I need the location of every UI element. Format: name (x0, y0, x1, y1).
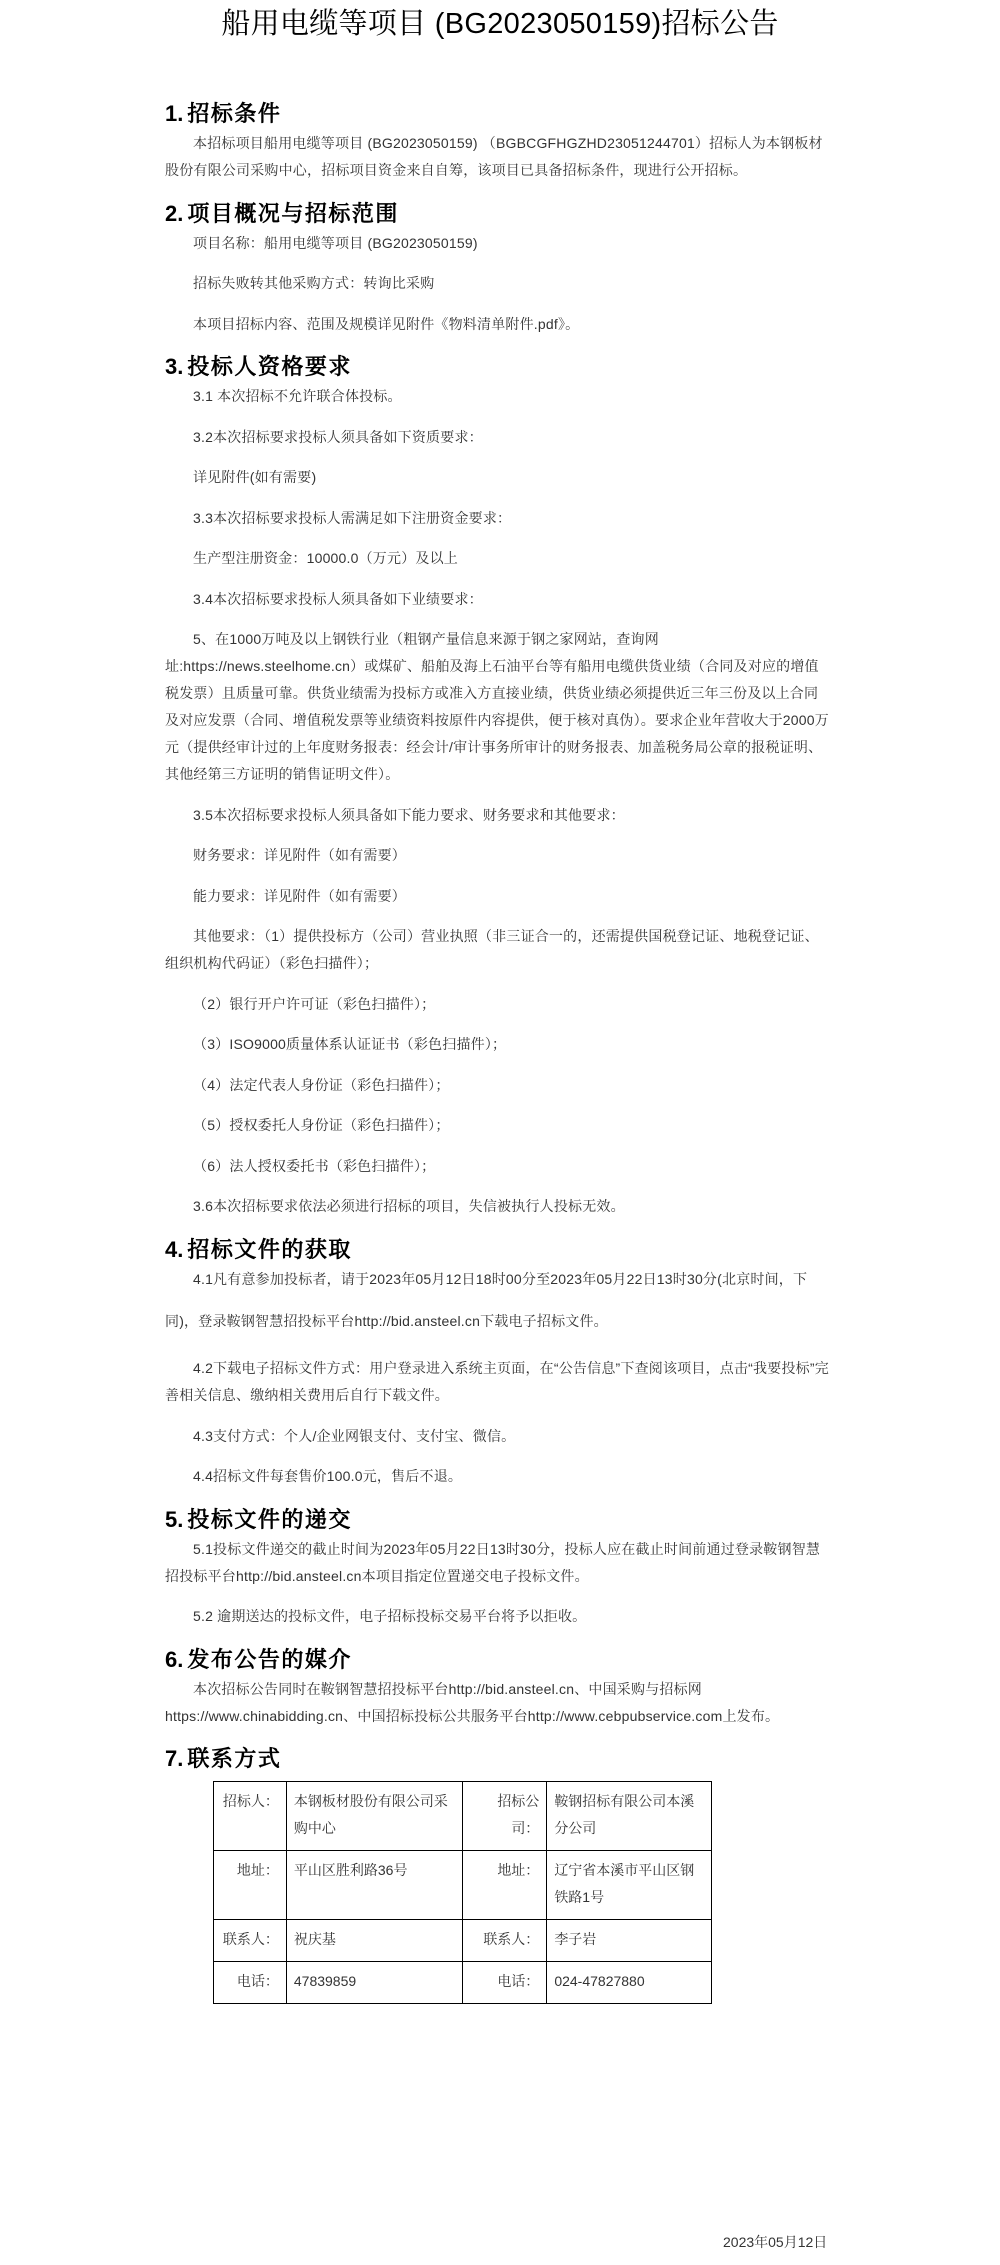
paragraph: 本次招标公告同时在鞍钢智慧招投标平台http://bid.ansteel.cn、… (165, 1676, 829, 1730)
section-obtain-documents: 4.招标文件的获取 4.1凡有意参加投标者，请于2023年05月12日18时00… (165, 1234, 829, 1491)
section-publication-media: 6.发布公告的媒介 本次招标公告同时在鞍钢智慧招投标平台http://bid.a… (165, 1644, 829, 1730)
paragraph: 3.1 本次招标不允许联合体投标。 (165, 383, 829, 410)
paragraph: 本招标项目船用电缆等项目 (BG2023050159) （BGBCGFHGZHD… (165, 130, 829, 184)
section-heading: 2.项目概况与招标范围 (165, 198, 829, 230)
contact-table: 招标人： 本钢板材股份有限公司采购中心 招标公司： 鞍钢招标有限公司本溪分公司 … (213, 1781, 712, 2004)
tenderer-address-value: 平山区胜利路36号 (286, 1851, 463, 1920)
section-bid-conditions: 1.招标条件 本招标项目船用电缆等项目 (BG2023050159) （BGBC… (165, 98, 829, 184)
paragraph: 4.4招标文件每套售价100.0元，售后不退。 (165, 1463, 829, 1490)
table-row: 电话： 47839859 电话： 024-47827880 (214, 1962, 712, 2004)
paragraph: （4）法定代表人身份证（彩色扫描件）； (165, 1072, 829, 1099)
agency-phone-value: 024-47827880 (547, 1962, 712, 2004)
paragraph: 项目名称：船用电缆等项目 (BG2023050159) (165, 230, 829, 257)
paragraph: 能力要求：详见附件（如有需要） (165, 883, 829, 910)
section-contact: 7.联系方式 招标人： 本钢板材股份有限公司采购中心 招标公司： 鞍钢招标有限公… (165, 1743, 829, 2004)
tenderer-value: 本钢板材股份有限公司采购中心 (286, 1782, 463, 1851)
paragraph: 财务要求：详见附件（如有需要） (165, 842, 829, 869)
tenderer-phone-value: 47839859 (286, 1962, 463, 2004)
paragraph: 4.1凡有意参加投标者，请于2023年05月12日18时00分至2023年05月… (165, 1258, 829, 1342)
paragraph: 5.2 逾期送达的投标文件，电子招标投标交易平台将予以拒收。 (165, 1603, 829, 1630)
paragraph: 4.3支付方式：个人/企业网银支付、支付宝、微信。 (165, 1423, 829, 1450)
agency-address-value: 辽宁省本溪市平山区钢铁路1号 (547, 1851, 712, 1920)
section-project-overview: 2.项目概况与招标范围 项目名称：船用电缆等项目 (BG2023050159) … (165, 198, 829, 338)
agency-contact-value: 李子岩 (547, 1920, 712, 1962)
paragraph: 3.2本次招标要求投标人须具备如下资质要求： (165, 424, 829, 451)
announcement-body: 1.招标条件 本招标项目船用电缆等项目 (BG2023050159) （BGBC… (165, 98, 829, 2010)
tenderer-label: 招标人： (214, 1782, 287, 1851)
agency-label: 招标公司： (463, 1782, 547, 1851)
tenderer-address-label: 地址： (214, 1851, 287, 1920)
section-heading: 6.发布公告的媒介 (165, 1644, 829, 1676)
paragraph: 本项目招标内容、范围及规模详见附件《物料清单附件.pdf》。 (165, 311, 829, 338)
agency-contact-label: 联系人： (463, 1920, 547, 1962)
section-bidder-qualifications: 3.投标人资格要求 3.1 本次招标不允许联合体投标。 3.2本次招标要求投标人… (165, 351, 829, 1220)
agency-phone-label: 电话： (463, 1962, 547, 2004)
page-title: 船用电缆等项目 (BG2023050159)招标公告 (0, 4, 1000, 44)
paragraph: 其他要求：（1）提供投标方（公司）营业执照（非三证合一的，还需提供国税登记证、地… (165, 923, 829, 977)
paragraph: 3.3本次招标要求投标人需满足如下注册资金要求： (165, 505, 829, 532)
paragraph: （6）法人授权委托书（彩色扫描件）； (165, 1153, 829, 1180)
paragraph: 详见附件(如有需要) (165, 464, 829, 491)
paragraph: 5、在1000万吨及以上钢铁行业（粗钢产量信息来源于钢之家网站，查询网址:htt… (165, 626, 829, 788)
publish-date: 2023年05月12日 (723, 2229, 827, 2256)
table-row: 地址： 平山区胜利路36号 地址： 辽宁省本溪市平山区钢铁路1号 (214, 1851, 712, 1920)
paragraph: 3.5本次招标要求投标人须具备如下能力要求、财务要求和其他要求： (165, 802, 829, 829)
agency-value: 鞍钢招标有限公司本溪分公司 (547, 1782, 712, 1851)
paragraph: （5）授权委托人身份证（彩色扫描件）； (165, 1112, 829, 1139)
paragraph: 4.2下载电子招标文件方式：用户登录进入系统主页面，在“公告信息”下查阅该项目，… (165, 1355, 829, 1409)
table-row: 联系人： 祝庆基 联系人： 李子岩 (214, 1920, 712, 1962)
section-heading: 3.投标人资格要求 (165, 351, 829, 383)
tenderer-contact-label: 联系人： (214, 1920, 287, 1962)
paragraph: （2）银行开户许可证（彩色扫描件）； (165, 991, 829, 1018)
paragraph: 5.1投标文件递交的截止时间为2023年05月22日13时30分，投标人应在截止… (165, 1536, 829, 1590)
section-submit-documents: 5.投标文件的递交 5.1投标文件递交的截止时间为2023年05月22日13时3… (165, 1504, 829, 1631)
section-heading: 1.招标条件 (165, 98, 829, 130)
paragraph: 生产型注册资金：10000.0（万元）及以上 (165, 545, 829, 572)
paragraph: （3）ISO9000质量体系认证证书（彩色扫描件）； (165, 1031, 829, 1058)
table-row: 招标人： 本钢板材股份有限公司采购中心 招标公司： 鞍钢招标有限公司本溪分公司 (214, 1782, 712, 1851)
paragraph: 招标失败转其他采购方式：转询比采购 (165, 270, 829, 297)
paragraph: 3.6本次招标要求依法必须进行招标的项目，失信被执行人投标无效。 (165, 1193, 829, 1220)
paragraph: 3.4本次招标要求投标人须具备如下业绩要求： (165, 586, 829, 613)
section-heading: 5.投标文件的递交 (165, 1504, 829, 1536)
section-heading: 7.联系方式 (165, 1743, 829, 1775)
tenderer-phone-label: 电话： (214, 1962, 287, 2004)
tenderer-contact-value: 祝庆基 (286, 1920, 463, 1962)
agency-address-label: 地址： (463, 1851, 547, 1920)
